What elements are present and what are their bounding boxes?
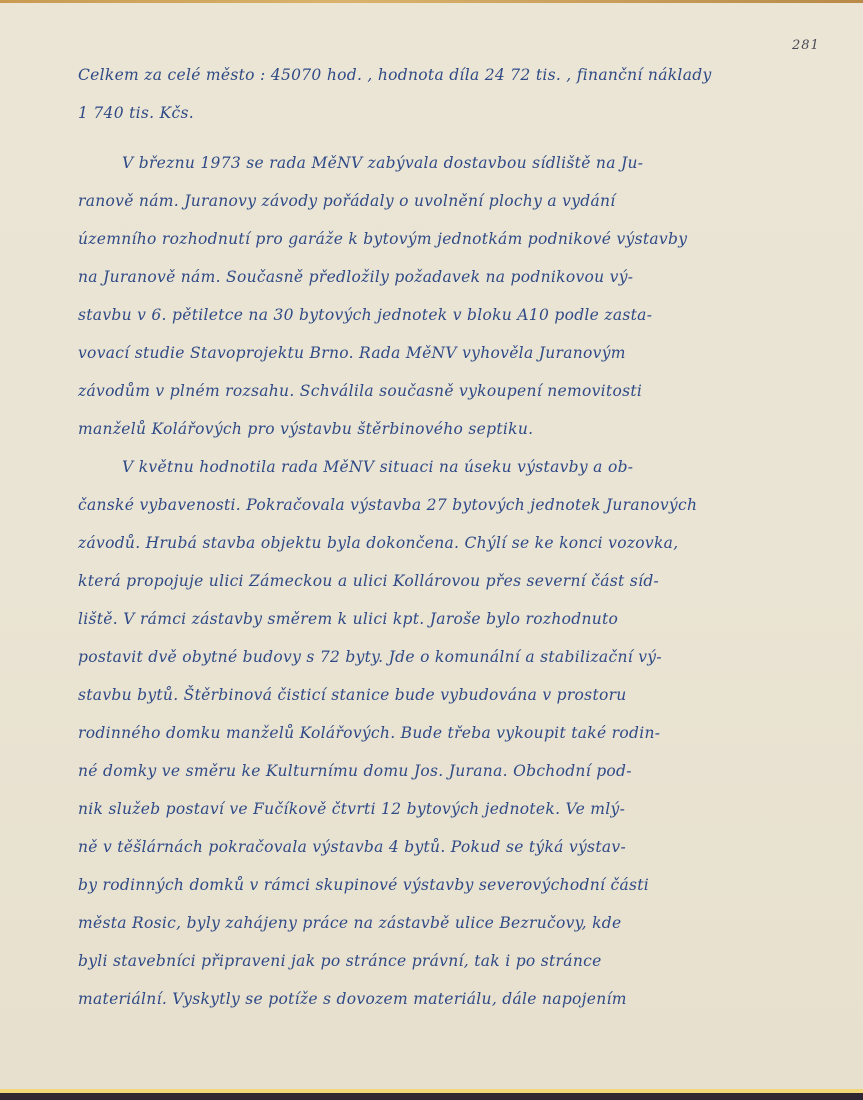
page-top-edge — [0, 0, 863, 3]
text-line: ně v těšlárnách pokračovala výstavba 4 b… — [78, 828, 798, 866]
text-line: stavbu bytů. Štěrbinová čisticí stanice … — [78, 676, 798, 714]
text-line: města Rosic, byly zahájeny práce na zást… — [78, 904, 798, 942]
background-surface — [0, 1093, 863, 1100]
text-line: závodů. Hrubá stavba objektu byla dokonč… — [78, 524, 798, 562]
text-line: na Juranově nám. Současně předložily pož… — [78, 258, 798, 296]
paragraph: V květnu hodnotila rada MěNV situaci na … — [78, 448, 798, 1018]
text-line: by rodinných domků v rámci skupinové výs… — [78, 866, 798, 904]
text-line: stavbu v 6. pětiletce na 30 bytových jed… — [78, 296, 798, 334]
text-line: která propojuje ulici Zámeckou a ulici K… — [78, 562, 798, 600]
text-line: nik služeb postaví ve Fučíkově čtvrti 12… — [78, 790, 798, 828]
text-line: né domky ve směru ke Kulturnímu domu Jos… — [78, 752, 798, 790]
text-line: V květnu hodnotila rada MěNV situaci na … — [78, 448, 798, 486]
handwritten-text-body: Celkem za celé město : 45070 hod. , hodn… — [78, 56, 798, 1018]
text-line: liště. V rámci zástavby směrem k ulici k… — [78, 600, 798, 638]
text-line: čanské vybavenosti. Pokračovala výstavba… — [78, 486, 798, 524]
text-line: postavit dvě obytné budovy s 72 byty. Jd… — [78, 638, 798, 676]
text-line: vovací studie Stavoprojektu Brno. Rada M… — [78, 334, 798, 372]
text-line: manželů Kolářových pro výstavbu štěrbino… — [78, 410, 798, 448]
text-line: ranově nám. Juranovy závody pořádaly o u… — [78, 182, 798, 220]
text-line: byli stavebníci připraveni jak po stránc… — [78, 942, 798, 980]
text-line: územního rozhodnutí pro garáže k bytovým… — [78, 220, 798, 258]
text-line: materiální. Vyskytly se potíže s dovozem… — [78, 980, 798, 1018]
text-line: Celkem za celé město : 45070 hod. , hodn… — [78, 56, 798, 94]
text-line: V březnu 1973 se rada MěNV zabývala dost… — [78, 144, 798, 182]
paragraph: V březnu 1973 se rada MěNV zabývala dost… — [78, 144, 798, 448]
text-line: 1 740 tis. Kčs. — [78, 94, 798, 132]
text-line: rodinného domku manželů Kolářových. Bude… — [78, 714, 798, 752]
page-number: 281 — [792, 38, 820, 53]
handwritten-page: 281 Celkem za celé město : 45070 hod. , … — [0, 0, 863, 1100]
text-line: závodům v plném rozsahu. Schválila souča… — [78, 372, 798, 410]
paragraph: Celkem za celé město : 45070 hod. , hodn… — [78, 56, 798, 132]
